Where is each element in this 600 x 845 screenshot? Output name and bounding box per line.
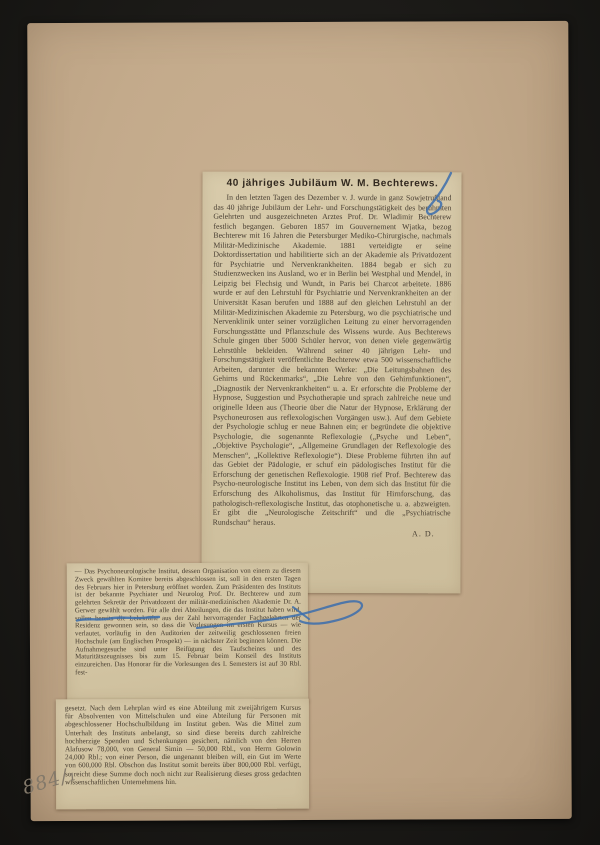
clipping-institut-part1: — Das Psychoneurologische Institut, dess… — [67, 563, 308, 703]
clipping-part1-text: — Das Psychoneurologische Institut, dess… — [75, 568, 301, 677]
photo-background: 40 jähriges Jubiläum W. M. Bechterews. I… — [0, 0, 600, 845]
clipping-institut-part2: gesetzt. Nach dem Lehrplan wird es eine … — [56, 699, 309, 810]
author-initials: A. D. — [213, 527, 451, 539]
clipping-body-text: In den letzten Tagen des Dezember v. J. … — [213, 193, 452, 528]
clipping-jubilaeum-article: 40 jähriges Jubiläum W. M. Bechterews. I… — [201, 172, 461, 594]
clipping-headline: 40 jähriges Jubiläum W. M. Bechterews. — [214, 178, 452, 190]
clipping-part2-text: gesetzt. Nach dem Lehrplan wird es eine … — [65, 704, 301, 787]
